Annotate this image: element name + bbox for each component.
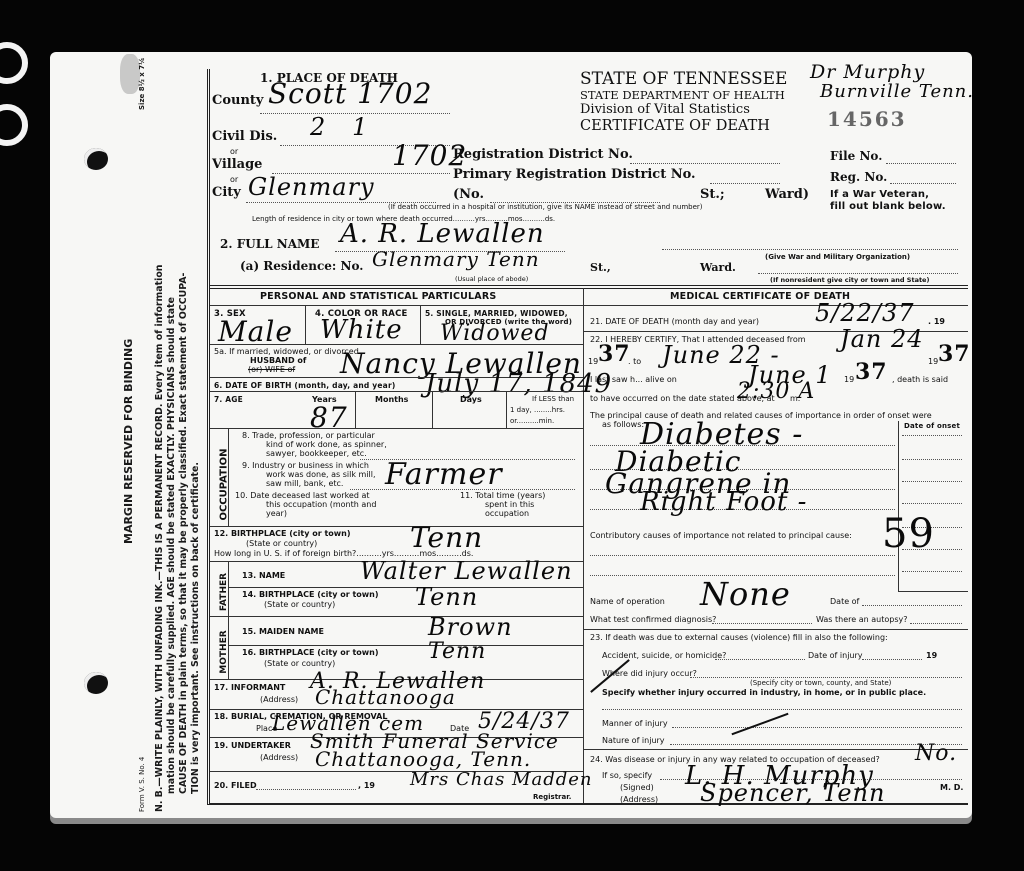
full-name-label: 2. FULL NAME <box>220 237 319 251</box>
occupation-related-value: No. <box>915 741 957 766</box>
total-time-label-1: 11. Total time (years) <box>460 491 545 500</box>
undertaker-label: 19. UNDERTAKER <box>214 741 291 750</box>
total-time-label-2: spent in this <box>485 500 534 509</box>
md-label: M. D. <box>940 783 963 792</box>
margin-note-line-3: CAUSE OF DEATH in plain terms, so that i… <box>178 273 189 794</box>
external-causes-label: 23. If death was due to external causes … <box>590 633 888 642</box>
operation-value: None <box>700 575 791 613</box>
trade-label-3: sawyer, bookkeeper, etc. <box>266 449 367 458</box>
months-label: Months <box>375 395 408 404</box>
annotation-town: Burnville Tenn. <box>820 81 974 102</box>
attended-from-value: Jan 24 <box>840 325 924 353</box>
manner-injury-label: Manner of injury <box>602 719 668 728</box>
accident-label: Accident, suicide, or homicide? <box>602 651 726 660</box>
annotation-doctor: Dr Murphy <box>810 61 925 83</box>
industry-label-3: saw mill, bank, etc. <box>266 479 343 488</box>
spouse-label-1: 5a. If married, widowed, or divorced <box>214 347 359 356</box>
film-edge-hole <box>0 42 28 84</box>
informant-address-value: Chattanooga <box>315 685 456 709</box>
operation-date-label: Date of <box>830 597 859 606</box>
state-title: STATE OF TENNESSEE <box>580 69 787 89</box>
industry-label-2: work was done, as silk mill, <box>266 470 376 479</box>
address-label: (Address) <box>620 795 658 804</box>
personal-header: PERSONAL AND STATISTICAL PARTICULARS <box>260 291 496 302</box>
attended-from-year: 37 <box>598 341 631 367</box>
father-name-value: Walter Lewallen <box>360 557 573 585</box>
dod-year-label: . 19 <box>928 317 945 326</box>
marital-value: Widowed <box>440 321 550 346</box>
margin-note-line-1: N. B.—WRITE PLAINLY, WITH UNFADING INK.—… <box>154 265 165 812</box>
stamp-number: 14563 <box>827 107 907 131</box>
industry-label-1: 9. Industry or business in which <box>242 461 369 470</box>
form-number: Form V. S. No. 4 <box>138 757 146 812</box>
registrar-label: Registrar. <box>533 793 571 801</box>
spouse-label-2: HUSBAND of <box>250 356 306 365</box>
injury-date-label: Date of injury <box>808 651 863 660</box>
residence-label: (a) Residence: No. <box>240 259 363 273</box>
age-years-value: 87 <box>310 401 348 434</box>
certificate-form: STATE OF TENNESSEE STATE DEPARTMENT OF H… <box>207 69 968 805</box>
nonresident-note: (If nonresident give city or town and St… <box>770 276 929 284</box>
division-title: Division of Vital Statistics <box>580 102 750 117</box>
mother-birthplace-value: Tenn <box>428 639 486 664</box>
father-name-label: 13. NAME <box>242 571 285 580</box>
contributory-label: Contributory causes of importance not re… <box>590 531 852 540</box>
spouse-label-3: (or) WIFE of <box>248 365 295 374</box>
dod-value: 5/22/37 <box>815 299 915 327</box>
or-label: or <box>230 175 238 184</box>
time-value: 2:30 A <box>737 379 815 404</box>
time-suffix-label: m. <box>790 394 800 403</box>
war-veteran-note-2: fill out blank below. <box>830 201 946 212</box>
attended-to-year: 37 <box>938 341 971 367</box>
residence-value: Glenmary Tenn <box>372 247 540 271</box>
less-than-label-2: 1 day, ........hrs. <box>510 406 565 414</box>
ward-label: Ward) <box>765 187 809 202</box>
strike-through-mark <box>731 713 788 735</box>
or-label: or <box>230 147 238 156</box>
mother-maiden-value: Brown <box>428 613 513 641</box>
usual-place-note: (Usual place of abode) <box>455 275 528 283</box>
less-than-label-3: or..........min. <box>510 417 554 425</box>
marital-label-1: 5. SINGLE, MARRIED, WIDOWED, <box>425 309 568 318</box>
margin-note-line-4: TION is very important. See instructions… <box>190 462 201 794</box>
filed-label: 20. FILED <box>214 781 257 790</box>
total-time-label-3: occupation <box>485 509 529 518</box>
undertaker-address-label: (Address) <box>260 753 298 762</box>
year-prefix-label: 19 <box>844 375 854 384</box>
filed-year-label: , 19 <box>358 781 375 790</box>
mother-vertical-label: MOTHER <box>219 622 229 682</box>
undertaker-address-value: Chattanooga, Tenn. <box>315 747 531 771</box>
signed-label: (Signed) <box>620 783 654 792</box>
residence-st-label: St., <box>590 261 611 274</box>
war-org-note: (Give War and Military Organization) <box>765 253 910 261</box>
birthplace-label-2: (State or country) <box>246 539 317 548</box>
test-label: What test confirmed diagnosis? <box>590 615 716 624</box>
operation-label: Name of operation <box>590 597 665 606</box>
race-value: White <box>320 315 403 345</box>
dob-label: 6. DATE OF BIRTH (month, day, and year) <box>214 381 395 390</box>
informant-address-label: (Address) <box>260 695 298 704</box>
binder-hole-icon <box>84 672 108 694</box>
autopsy-label: Was there an autopsy? <box>816 615 907 624</box>
mother-maiden-label: 15. MAIDEN NAME <box>242 627 324 636</box>
civil-dis-label: Civil Dis. <box>212 129 277 144</box>
column-divider <box>583 288 584 803</box>
less-than-label-1: If LESS than <box>532 395 574 403</box>
hospital-note: (If death occurred in a hospital or inst… <box>388 203 703 211</box>
registration-district-label: Registration District No. <box>453 147 633 162</box>
death-said-label: , death is said <box>892 375 948 384</box>
size-note: Size 8½ x 7¼ <box>138 58 146 110</box>
mother-birthplace-label-1: 16. BIRTHPLACE (city or town) <box>242 648 379 657</box>
registrar-value: Mrs Chas Madden <box>410 769 593 790</box>
last-saw-year: 37 <box>855 359 888 385</box>
full-name-value: A. R. Lewallen <box>340 219 545 249</box>
dod-label: 21. DATE OF DEATH (month day and year) <box>590 317 759 326</box>
father-vertical-label: FATHER <box>219 562 229 622</box>
mother-birthplace-label-2: (State or country) <box>264 659 335 668</box>
county-value: Scott 1702 <box>268 77 432 110</box>
informant-label: 17. INFORMANT <box>214 683 285 692</box>
file-no-label: File No. <box>830 149 882 163</box>
injury-year-label: 19 <box>926 651 937 660</box>
father-birthplace-label-2: (State or country) <box>264 600 335 609</box>
birthplace-label-1: 12. BIRTHPLACE (city or town) <box>214 529 351 538</box>
city-label: City <box>212 185 241 200</box>
father-birthplace-label-1: 14. BIRTHPLACE (city or town) <box>242 590 379 599</box>
last-worked-label-2: this occupation (month and <box>266 500 376 509</box>
cause-intro-2: as follows: <box>602 420 644 429</box>
margin-reserved-label: MARGIN RESERVED FOR BINDING <box>122 339 135 544</box>
civil-dis-value: 2 1 <box>310 113 368 141</box>
date-of-onset-header: Date of onset <box>904 422 960 430</box>
no-label: (No. <box>453 187 484 202</box>
county-label: County <box>212 93 263 108</box>
address-value: Spencer, Tenn <box>700 779 885 807</box>
cause-4-value: Right Foot - <box>640 487 807 517</box>
binder-hole-icon <box>84 148 108 170</box>
department-title: STATE DEPARTMENT OF HEALTH <box>580 88 785 102</box>
year-prefix-label: 19 <box>588 357 598 366</box>
city-value: Glenmary <box>248 173 375 201</box>
onset-value: 59 <box>882 511 935 557</box>
last-worked-label-3: year) <box>266 509 287 518</box>
age-label: 7. AGE <box>214 395 243 404</box>
days-label: Days <box>460 395 482 404</box>
nature-injury-label: Nature of injury <box>602 736 665 745</box>
primary-registration-label: Primary Registration District No. <box>453 167 696 182</box>
residence-ward-label: Ward. <box>700 261 736 274</box>
occupation-value: Farmer <box>385 457 503 492</box>
war-veteran-note-1: If a War Veteran, <box>830 189 929 200</box>
specify-injury-label: Specify whether injury occurred in indus… <box>602 688 926 697</box>
margin-note-line-2: mation should be carefully supplied. AGE… <box>166 297 177 794</box>
if-so-label: If so, specify <box>602 771 652 780</box>
trade-label-1: 8. Trade, profession, or particular <box>242 431 375 440</box>
to-label: . to <box>628 357 641 366</box>
st-label: St.; <box>700 187 725 202</box>
where-injury-note: (Specify city or town, county, and State… <box>750 679 891 687</box>
father-birthplace-value: Tenn <box>415 583 478 611</box>
dob-value: July 17, 1849 <box>425 369 612 399</box>
last-worked-label-1: 10. Date deceased last worked at <box>235 491 370 500</box>
trade-label-2: kind of work done, as spinner, <box>266 440 387 449</box>
film-edge-hole <box>0 104 28 146</box>
last-saw-label: I last saw h... alive on <box>590 375 677 384</box>
village-label: Village <box>212 157 262 172</box>
certificate-title: CERTIFICATE OF DEATH <box>580 118 770 134</box>
ink-smudge <box>120 54 140 94</box>
year-prefix-label: 19 <box>928 357 938 366</box>
reg-no-label: Reg. No. <box>830 170 887 184</box>
section-divider <box>210 285 968 289</box>
death-certificate-page: MARGIN RESERVED FOR BINDING Form V. S. N… <box>50 52 972 818</box>
